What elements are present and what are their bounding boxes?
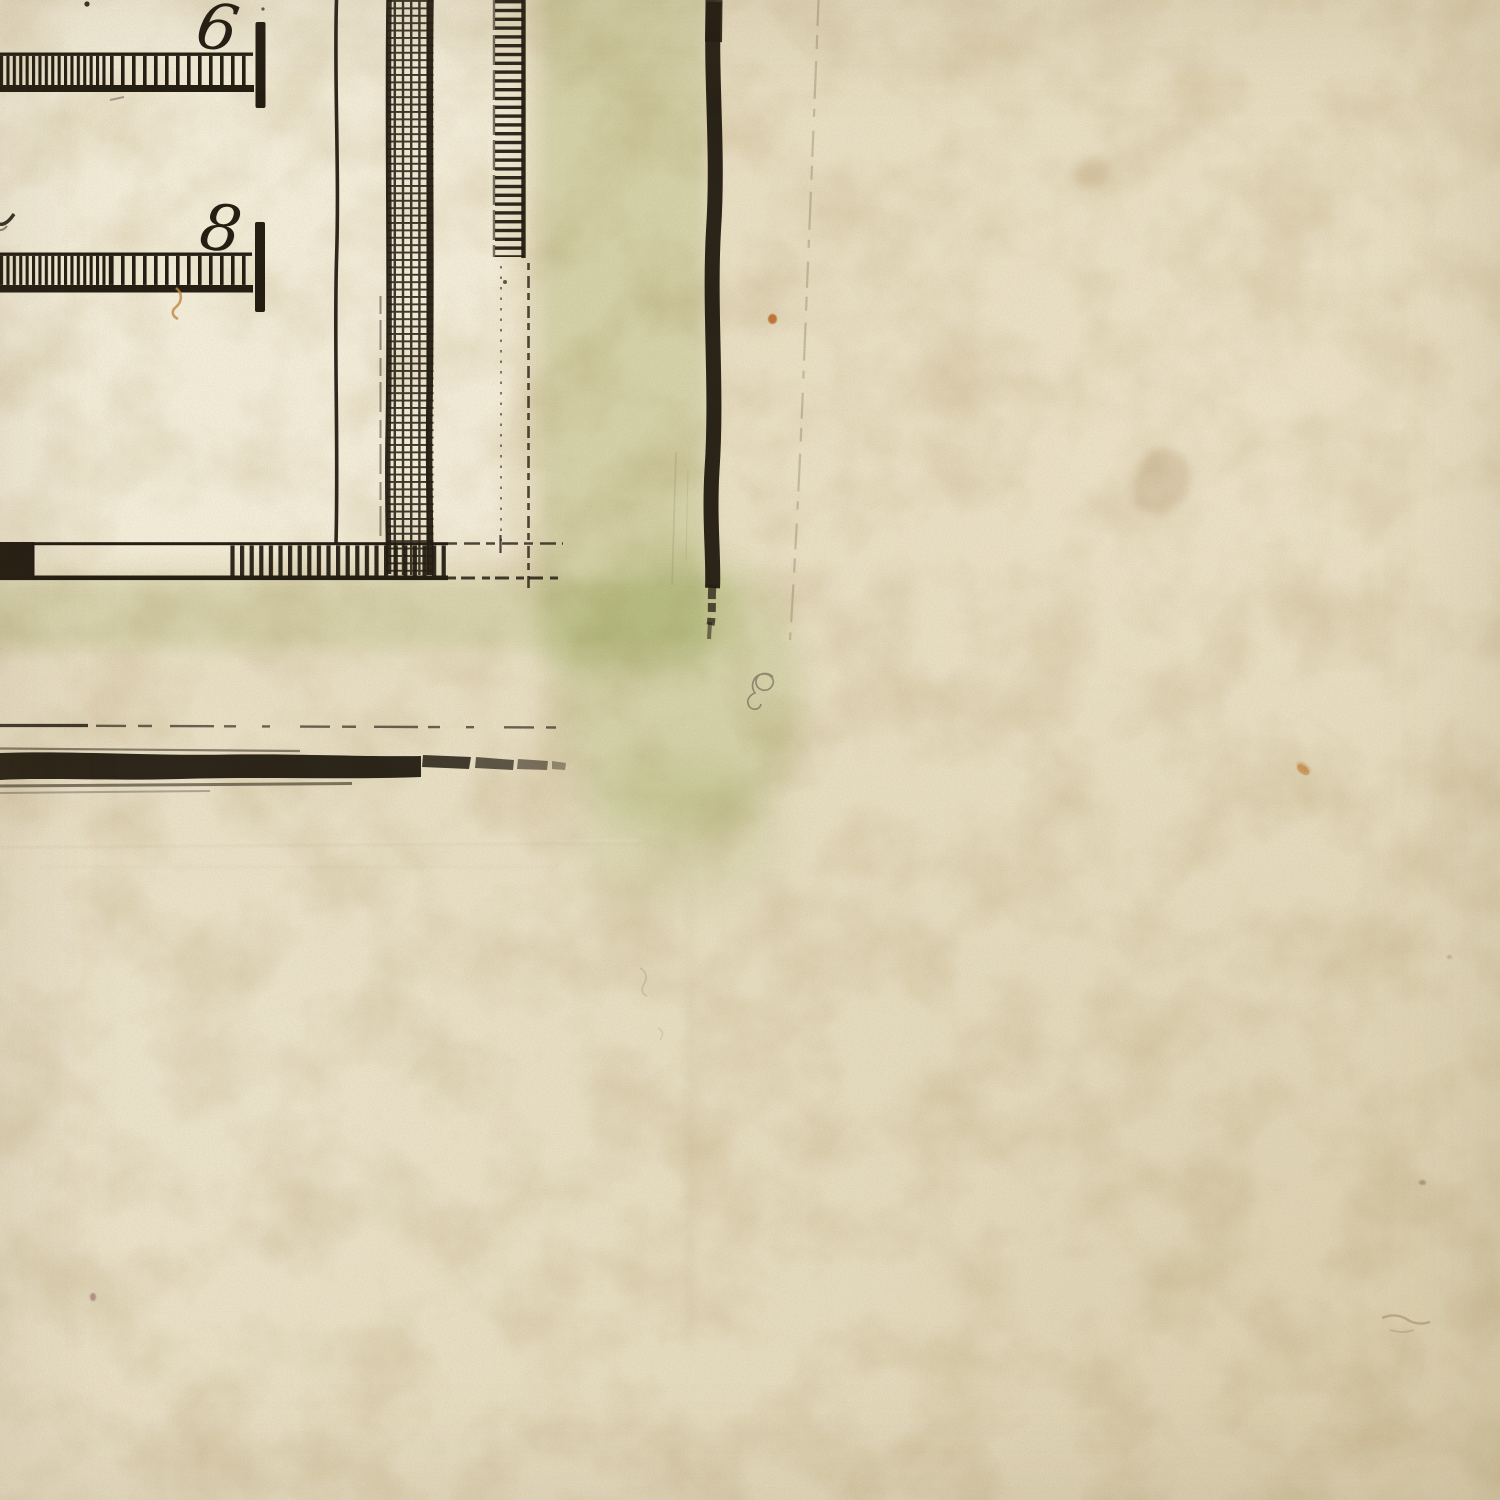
map-interior-paper bbox=[0, 0, 516, 561]
paper-texture-overlay bbox=[0, 0, 1500, 1500]
inner-neat-line bbox=[336, 0, 381, 544]
scale-bar-bottom-rail bbox=[0, 85, 254, 92]
green-wash-bottom-band bbox=[0, 579, 740, 649]
crosshatch-border-band bbox=[387, 0, 434, 575]
paper-stain bbox=[90, 1293, 96, 1301]
plate-mark-curve bbox=[790, 0, 819, 640]
green-wash-fade bbox=[572, 760, 782, 910]
bottom-thick-line bbox=[0, 749, 566, 794]
paper-stain bbox=[768, 314, 777, 324]
scale-bar-top-rail bbox=[0, 53, 253, 56]
scale-bar-upper: 6 bbox=[0, 0, 266, 108]
paper-stain bbox=[1447, 955, 1452, 959]
stray-marks bbox=[0, 1, 1430, 1332]
paper-crease-horizontal-2 bbox=[40, 866, 560, 868]
ink-squiggle bbox=[748, 673, 773, 709]
scan-vignette bbox=[0, 0, 1500, 1500]
engraved-map-border: 6 8 bbox=[0, 0, 1500, 1500]
scale-bar-end-cap bbox=[255, 222, 265, 312]
green-wash-corner-blob bbox=[556, 548, 804, 838]
bottom-broken-line bbox=[0, 726, 556, 728]
ladder-tick-band bbox=[494, 0, 529, 590]
outer-thick-line-right bbox=[709, 0, 715, 639]
green-wash-right-band bbox=[540, 0, 708, 672]
paper-stain bbox=[1295, 760, 1312, 776]
scanned-page: 6 8 bbox=[0, 0, 1500, 1500]
scale-bar-coarse-ticks bbox=[107, 56, 253, 85]
scale-label-8: 8 bbox=[195, 190, 246, 269]
scale-bar-bottom-rail bbox=[0, 285, 253, 293]
paper-crease-vertical bbox=[683, 850, 697, 1350]
scale-bar-fine-ticks bbox=[0, 56, 107, 85]
paper-stain bbox=[1124, 440, 1199, 523]
paper-crease-horizontal bbox=[0, 840, 640, 848]
paper-background bbox=[0, 0, 1500, 1500]
scale-bar-top-rail bbox=[0, 253, 252, 256]
scale-bar-coarse-ticks bbox=[110, 256, 252, 285]
bottom-graduated-band bbox=[0, 535, 563, 580]
scale-label-6: 6 bbox=[191, 0, 244, 68]
paper-stain bbox=[1072, 158, 1112, 188]
paper-stain bbox=[1419, 1180, 1426, 1185]
scale-bar-end-cap bbox=[256, 22, 266, 108]
scale-bar-lower: 8 bbox=[0, 190, 265, 312]
scale-bar-fine-ticks bbox=[0, 256, 110, 285]
